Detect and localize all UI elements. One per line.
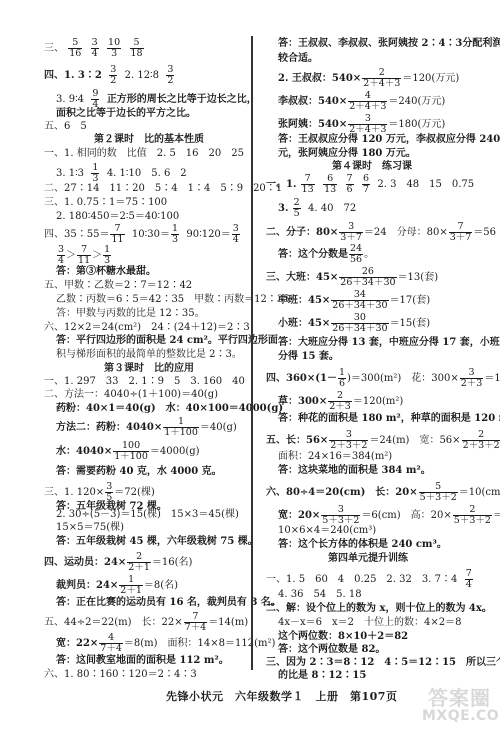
answer-text: ＝120(m²) — [353, 396, 403, 407]
fraction: 74 — [465, 569, 473, 590]
answer-line: 二、分子：80×33＋7＝24 分母：80×73＋7＝56 — [266, 222, 496, 243]
fraction: 76 — [346, 174, 354, 195]
answer-line: 药粉：40×1＝40(g) 水：40×100＝4000(g) — [56, 403, 283, 415]
answer-line: 积与梯形面积的最简单的整数比是 2∶3。 — [56, 349, 242, 361]
answer-text: 。 — [364, 249, 374, 260]
gt-sign: ＞ — [66, 250, 76, 261]
answer-line: 三、1. 120×35＝72(棵) — [44, 482, 155, 503]
answer-line: 张阿姨：540×32＋4＋3＝180(万元) — [278, 114, 445, 135]
answer-line: 答：平行四边形的面积是 24 cm²。平行四边形面 — [56, 335, 278, 347]
fraction: 77＋4 — [184, 612, 208, 633]
answer-line: 答：第③杯糖水最甜。 — [56, 266, 156, 278]
fraction: 103 — [107, 38, 121, 59]
answer-text: ＝180(m²) — [484, 373, 500, 384]
fraction: 13 — [103, 245, 111, 266]
answer-line: 答：王叔叔应分得 120 万元，李叔叔应分得 240 万 — [278, 134, 500, 146]
fraction: 94 — [91, 89, 99, 110]
fraction: 3426＋34＋30 — [331, 290, 388, 311]
answer-text: 宽：22× — [56, 638, 98, 649]
answer-line: 一、1. 相同的数 比值 2. 5 16 20 25 — [44, 148, 244, 160]
left-s3-line: 三、 516 34 103 518 — [44, 38, 145, 59]
answer-line: 答：王叔叔、李叔叔、张阿姨按 2∶4∶3分配利润比 — [278, 38, 500, 50]
answer-text: ＝17(套) — [390, 295, 431, 306]
answer-line: 水：4040×1001＋100＝4000(g) — [56, 441, 200, 462]
answer-line: 一、1. 297 33 2. 1∶9 5 3. 160 40 — [44, 376, 245, 388]
answer-text: 张阿姨：540× — [278, 119, 347, 130]
answer-text: 四、1. 3∶2 — [44, 70, 102, 81]
fraction: 33＋7 — [339, 222, 363, 243]
fraction: 516 — [68, 38, 82, 59]
answer-line: 答：大班应分得 13 套，中班应分得 17 套，小班应 — [278, 337, 500, 349]
answer-line: 三、大班：45×2626＋34＋30＝13(套) — [266, 267, 438, 288]
answer-line: 五、44÷2＝22(m) 长：22×77＋4＝14(m) — [44, 612, 248, 633]
fraction: 32＋3＋2 — [329, 430, 368, 451]
answer-line: 一、1. 5 60 4 0.25 2. 32 3. 7∶4 74 — [266, 569, 474, 590]
answer-line: 六、1. 80∶160∶120＝2∶4∶3 — [44, 669, 197, 681]
answer-text: 三、1. 120× — [44, 487, 104, 498]
fraction: 34 — [91, 38, 99, 59]
answer-line: 五、甲数∶乙数＝2∶7＝12∶42 — [44, 280, 192, 292]
answer-text: 一、1. 5 60 4 0.25 2. 32 3. 7∶4 — [266, 574, 457, 585]
answer-text: 2. 王叔叔：540× — [278, 73, 361, 84]
answer-line: 答：正在比赛的运动员有 16 名，裁判员有 8 名。 — [56, 597, 281, 609]
fraction: 16 — [338, 368, 346, 389]
answer-text: ＝120(万元) — [402, 73, 459, 84]
answer-text: 4. 40 72 — [308, 203, 356, 214]
answer-text: ＝6(cm) 高：20× — [361, 510, 451, 521]
answer-line: 答：需要药粉 40 克，水 4000 克。 — [56, 466, 222, 478]
watermark-logo: 答案圈 MXQE.COM — [420, 682, 500, 728]
left-s4-line2: 3. 9∶4 94 正方形的周长之比等于边长之比， — [56, 89, 257, 110]
watermark-text: 答案圈 — [428, 682, 491, 711]
answer-text: 三、大班：45× — [266, 272, 338, 283]
answer-text: 四、35∶55＝ — [44, 229, 109, 240]
fraction: 73＋7 — [449, 222, 473, 243]
fraction: 32＋4＋3 — [348, 114, 387, 135]
fraction: 711 — [77, 245, 91, 266]
answer-text: 2. 3 48 15 0.75 — [377, 179, 474, 190]
answer-line: 答：这间教室地面的面积是 112 m²。 — [56, 655, 229, 667]
answer-text: ＝180(万元) — [388, 119, 445, 130]
answer-text: 答：这个分数是 — [278, 249, 348, 260]
left-s5: 五、6 5 — [44, 121, 87, 133]
answer-text: 4. 1∶10 5. 6 2 — [107, 168, 187, 179]
answer-line: 面积：24×16＝384(m²) — [278, 451, 392, 463]
answer-text: ＝16(名) — [152, 557, 193, 568]
answer-line: 六、12×2＝24(cm²) 24∶(24＋12)＝2∶3 — [44, 322, 250, 334]
answer-text: 正方形的周长之比等于边长之比， — [107, 94, 257, 105]
answer-line: 答：这个分数是2456。 — [278, 244, 374, 265]
answer-text: 李叔叔：540× — [278, 96, 347, 107]
answer-text: 四、360×(1－ — [266, 373, 337, 384]
answer-line: 宽：20×35＋3＋2＝6(cm) 高：20×25＋3＋2＝4(cm) — [278, 505, 500, 526]
answer-text: 四、运动员：24× — [44, 557, 126, 568]
answer-line: 二、解：设个位上的数为 x，则十位上的数为 4x。 — [266, 603, 492, 615]
answer-line: 四、35∶55＝711 10∶30＝13 90∶120＝34 — [44, 224, 241, 245]
fraction: 25＋3＋2 — [453, 505, 492, 526]
answer-line: 三、因为 2∶3＝8∶12 4∶5＝12∶15 所以三个组人数 — [266, 657, 500, 669]
fraction: 13 — [91, 163, 99, 184]
page-footer: 先锋小状元 六年级数学１ 上册 第107页 — [166, 688, 397, 704]
fraction: 22＋1 — [127, 552, 151, 573]
answer-line: 四、运动员：24×22＋1＝16(名) — [44, 552, 192, 573]
fraction: 25 — [293, 198, 301, 219]
answer-text: 小班：45× — [278, 318, 330, 329]
answer-line: 4x－x＝6 x＝2 十位上的数：4×2＝8 — [278, 617, 461, 629]
answer-line: 3. 25 4. 40 72 — [278, 198, 356, 219]
fraction: 12＋1 — [119, 575, 143, 596]
answer-text: 裁判员：24× — [56, 580, 118, 591]
answer-text: 中班：45× — [278, 295, 330, 306]
answer-text: )＝300(m²) 花：300× — [347, 373, 459, 384]
answer-line: 的比是 8∶12∶15 — [278, 670, 366, 682]
answer-line: 元，张阿姨应分得 180 万元。 — [278, 148, 416, 160]
answer-text: 草：300× — [278, 396, 327, 407]
answer-text: ＝56 — [473, 227, 496, 238]
answer-text: 五、44÷2＝22(m) 长：22× — [44, 617, 183, 628]
answer-line: 草：300×22＋3＝120(m²) — [278, 391, 403, 412]
column-divider — [251, 36, 253, 670]
answer-text: 90∶120＝ — [186, 229, 230, 240]
lesson-title: 第２课时 比的基本性质 — [94, 134, 204, 146]
lesson-title: 第４课时 练习课 — [332, 161, 412, 173]
answer-line: 裁判员：24×12＋1＝8(名) — [56, 575, 178, 596]
fraction: 22＋3＋2 — [462, 430, 500, 451]
answer-line: 六、80÷4＝20(cm) 长：20×55＋3＋2＝10(cm) — [266, 482, 500, 503]
fraction: 34 — [232, 224, 240, 245]
answer-line: 答：五年级栽树 45 棵，六年级栽树 75 棵。 — [56, 536, 258, 548]
fraction: 34 — [57, 245, 65, 266]
left-s4-line3: 面积之比等于边长的平方之比。 — [56, 108, 196, 120]
answer-line: 10×6×4＝240(cm³) — [278, 525, 376, 537]
answer-text: ＝4(cm) — [493, 510, 500, 521]
answer-line: 2. 王叔叔：540×22＋4＋3＝120(万元) — [278, 68, 459, 89]
fraction: 3026＋34＋30 — [331, 313, 388, 334]
fraction: 35＋3＋2 — [321, 505, 360, 526]
answer-text: 10∶30＝ — [132, 229, 170, 240]
answer-line: 四、360×(1－16)＝300(m²) 花：300×32＋3＝180(m²) — [266, 368, 500, 389]
unit-title: 第四单元提升训练 — [328, 553, 408, 565]
answer-text: 水：4040× — [56, 446, 112, 457]
answer-text: 3. 1∶3 — [56, 168, 84, 179]
section-label: 三、 — [44, 43, 64, 54]
fraction: 47＋4 — [99, 633, 123, 654]
fraction: 613 — [323, 174, 337, 195]
fraction-comparison: 34＞711＞13 — [56, 245, 112, 266]
fraction: 13 — [171, 224, 179, 245]
answer-text: ＝8(m) 面积：14×8＝112(m²) — [124, 638, 276, 649]
answer-text: 二、分子：80× — [266, 227, 338, 238]
answer-line: 2. 30÷(5－3)＝15(棵) 15×3＝45(棵) — [56, 509, 239, 521]
answer-text: 3. 9∶4 — [56, 94, 84, 105]
answer-text: ＝10(cm) — [459, 487, 500, 498]
answer-line: 二、27∶14 11∶20 5∶4 1∶4 5∶9 20∶1 — [44, 183, 282, 195]
fraction: 22＋4＋3 — [362, 68, 401, 89]
answer-text: 一、1. — [266, 179, 296, 190]
answer-line: 答：这个长方体的体积是 240 cm³。 — [278, 539, 447, 551]
gt-sign: ＞ — [92, 250, 102, 261]
answer-line: 答：这块菜地的面积是 384 m²。 — [278, 465, 431, 477]
left-s4-line1: 四、1. 3∶2 32 2. 12∶8 32 — [44, 65, 175, 86]
fraction: 42＋4＋3 — [348, 91, 387, 112]
answer-line: 李叔叔：540×42＋4＋3＝240(万元) — [278, 91, 445, 112]
answer-line: 2. 180∶450＝2∶5＝40∶100 — [56, 211, 179, 223]
answer-text: ＝4000(g) — [150, 446, 200, 457]
fraction: 2456 — [349, 244, 363, 265]
answer-line: 宽：22×47＋4＝8(m) 面积：14×8＝112(m²) — [56, 633, 275, 654]
answer-line: 4. 36 54 5. 18 — [278, 589, 362, 601]
answer-line: 答：甲数与丙数的比是 12∶35。 — [56, 308, 205, 320]
answer-line: 这个两位数：8×10＋2＝82 — [278, 631, 408, 643]
answer-line: 一、1. 713 613 76 67 2. 3 48 15 0.75 — [266, 174, 474, 195]
answer-line: 中班：45×3426＋34＋30＝17(套) — [278, 290, 430, 311]
answer-line: 答：种花的面积是 180 m²，种草的面积是 120 m²。 — [278, 413, 500, 425]
answer-line: 答：这个两位数是 82。 — [278, 644, 385, 656]
answer-text: ＝40(g) — [200, 422, 237, 433]
answer-line: 分得 15 套。 — [278, 351, 339, 363]
fraction: 32 — [166, 65, 174, 86]
answer-text: ＝24 分母：80× — [364, 227, 448, 238]
lesson-title: 第３课时 比的应用 — [104, 363, 194, 375]
answer-line: 3. 1∶3 13 4. 1∶10 5. 6 2 — [56, 163, 187, 184]
fraction: 32 — [109, 65, 117, 86]
answer-text: 方法二：药粉：4040× — [56, 422, 162, 433]
answer-text: ＝24(m) 宽：56× — [369, 435, 460, 446]
fraction: 35 — [105, 482, 113, 503]
fraction: 11＋100 — [163, 417, 199, 438]
answer-text: ＝13(套) — [398, 272, 439, 283]
answer-text: ＝72(棵) — [114, 487, 155, 498]
answer-text: 五、长：56× — [266, 435, 328, 446]
fraction: 55＋3＋2 — [419, 482, 458, 503]
answer-text: ＝15(套) — [390, 318, 431, 329]
answer-text: 宽：20× — [278, 510, 320, 521]
answer-line: 15×5＝75(棵) — [56, 522, 124, 534]
fraction: 518 — [130, 38, 144, 59]
answer-line: 乙数∶丙数＝6∶5＝42∶35 甲数∶丙数＝12∶35 — [56, 294, 290, 306]
answer-text: 3. — [278, 203, 288, 214]
fraction: 67 — [362, 174, 370, 195]
fraction: 22＋3 — [328, 391, 352, 412]
fraction: 32＋3 — [460, 368, 484, 389]
answer-line: 五、长：56×32＋3＋2＝24(m) 宽：56×22＋3＋2＝16(m) — [266, 430, 500, 451]
answer-text: ＝240(万元) — [388, 96, 445, 107]
watermark-url: MXQE.COM — [422, 708, 500, 724]
answer-text: 2. 12∶8 — [125, 70, 159, 81]
fraction: 711 — [110, 224, 124, 245]
answer-line: 三、1. 0.75∶1＝75∶100 — [44, 197, 167, 209]
answer-line: 方法二：药粉：4040×11＋100＝40(g) — [56, 417, 237, 438]
answer-line: 较合适。 — [278, 53, 318, 65]
answer-text: ＝8(名) — [144, 580, 178, 591]
answer-text: 六、80÷4＝20(cm) 长：20× — [266, 487, 418, 498]
fraction: 2626＋34＋30 — [339, 267, 396, 288]
answer-text: ＝14(m) — [208, 617, 248, 628]
fraction: 713 — [301, 174, 315, 195]
fraction: 1001＋100 — [113, 441, 149, 462]
answer-line: 小班：45×3026＋34＋30＝15(套) — [278, 313, 430, 334]
answer-line: 二、方法一：4040÷(1＋100)＝40(g) — [44, 389, 218, 401]
